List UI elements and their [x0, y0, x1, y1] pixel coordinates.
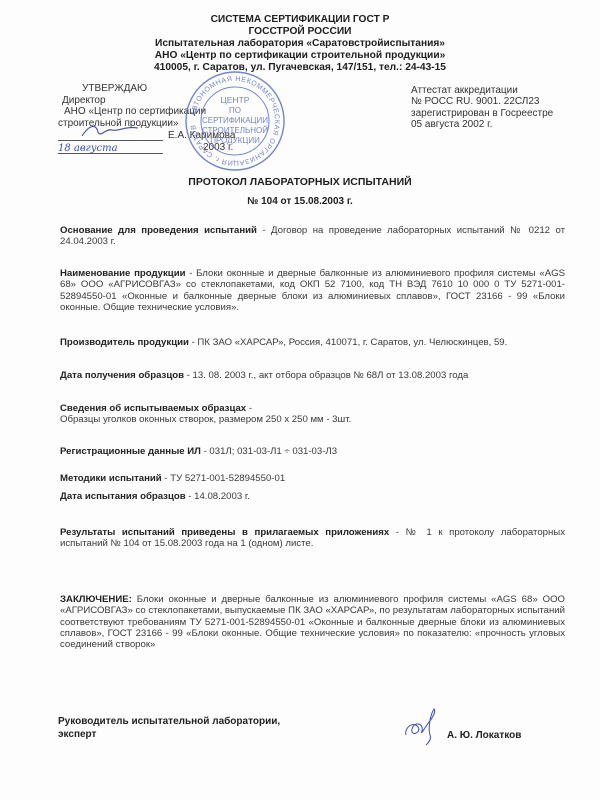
approval-title: УТВЕРЖДАЮ — [58, 83, 235, 95]
section-basis: Основание для проведения испытаний - Дог… — [60, 225, 565, 248]
footer-role-line2: эксперт — [58, 729, 280, 742]
test-date-text: - 14.08.2003 г. — [186, 491, 250, 502]
conclusion-text: Блоки оконные и дверные балконные из алю… — [60, 594, 565, 650]
section-samples: Сведения об испытываемых образцах - Обра… — [60, 403, 565, 426]
protocol-document: СИСТЕМА СЕРТИФИКАЦИИ ГОСТ Р ГОССТРОЙ РОС… — [0, 0, 600, 800]
samples-label-suffix: - — [246, 403, 252, 414]
section-registration: Регистрационные данные ИЛ - 031Л; 031-03… — [60, 446, 565, 457]
accreditation-block: Аттестат аккредитации № РОСС RU. 9001. 2… — [411, 85, 553, 130]
accreditation-number: № РОСС RU. 9001. 22СЛ23 — [411, 96, 553, 107]
section-methods: Методики испытаний - ТУ 5271-001-5289455… — [60, 473, 565, 484]
basis-label: Основание для проведения испытаний — [60, 225, 257, 236]
approval-year: 2003 г. — [203, 142, 233, 153]
results-label: Результаты испытаний приведены в прилага… — [60, 527, 389, 538]
document-header: СИСТЕМА СЕРТИФИКАЦИИ ГОСТ Р ГОССТРОЙ РОС… — [0, 14, 600, 74]
methods-label: Методики испытаний — [60, 473, 162, 484]
section-manufacturer: Производитель продукции - ПК ЗАО «ХАРСАР… — [60, 337, 565, 348]
section-product: Наименование продукции - Блоки оконные и… — [60, 268, 565, 313]
section-test-date: Дата испытания образцов - 14.08.2003 г. — [60, 491, 565, 502]
header-system: СИСТЕМА СЕРТИФИКАЦИИ ГОСТ Р — [0, 14, 600, 26]
approval-org-line2: строительной продукции» — [58, 118, 235, 130]
header-address: 410005, г. Саратов, ул. Пугачевская, 147… — [0, 62, 600, 74]
accreditation-date: 05 августа 2002 г. — [411, 119, 553, 130]
section-conclusion: ЗАКЛЮЧЕНИЕ: Блоки оконные и дверные балк… — [60, 594, 565, 650]
protocol-number: № 104 от 15.08.2003 г. — [0, 196, 600, 207]
approval-position: Директор — [58, 95, 235, 107]
methods-text: - ТУ 5271-001-52894550-01 — [162, 473, 285, 484]
accreditation-line3: зарегистрирован в Госреестре — [411, 108, 553, 119]
date-line — [58, 153, 163, 154]
received-text: - 13. 08. 2003 г., акт отбора образцов №… — [184, 370, 468, 381]
approval-block: УТВЕРЖДАЮ Директор АНО «Центр по сертифи… — [58, 83, 235, 153]
approval-org-line1: АНО «Центр по сертификации — [58, 106, 235, 118]
manufacturer-label: Производитель продукции — [60, 337, 189, 348]
header-gosstroy: ГОССТРОЙ РОССИИ — [0, 26, 600, 38]
conclusion-label: ЗАКЛЮЧЕНИЕ: — [60, 594, 132, 605]
expert-signature-icon — [400, 705, 444, 749]
registration-label: Регистрационные данные ИЛ — [60, 446, 201, 457]
footer-signer: А. Ю. Локатков — [447, 730, 521, 741]
received-label: Дата получения образцов — [60, 370, 184, 381]
header-laboratory: Испытательная лаборатория «Саратовстройи… — [0, 38, 600, 50]
test-date-label: Дата испытания образцов — [60, 491, 186, 502]
footer-role-line1: Руководитель испытательной лаборатории, — [58, 716, 280, 729]
samples-label: Сведения об испытываемых образцах — [60, 403, 246, 414]
manufacturer-text: - ПК ЗАО «ХАРСАР», Россия, 410071, г. Са… — [189, 337, 507, 348]
section-results: Результаты испытаний приведены в прилага… — [60, 527, 565, 550]
product-label: Наименование продукции — [60, 268, 186, 279]
accreditation-line1: Аттестат аккредитации — [411, 85, 553, 96]
approval-signer: Е.А. Каримова — [168, 130, 235, 141]
registration-text: - 031Л; 031-03-Л1 ÷ 031-03-Л3 — [201, 446, 337, 457]
section-received: Дата получения образцов - 13. 08. 2003 г… — [60, 370, 565, 381]
protocol-title: ПРОТОКОЛ ЛАБОРАТОРНЫХ ИСПЫТАНИЙ — [0, 176, 600, 188]
samples-text: Образцы уголков оконных створок, размеро… — [60, 414, 351, 425]
footer-role: Руководитель испытательной лаборатории, … — [58, 716, 280, 741]
header-organization: АНО «Центр по сертификации строительной … — [0, 50, 600, 62]
